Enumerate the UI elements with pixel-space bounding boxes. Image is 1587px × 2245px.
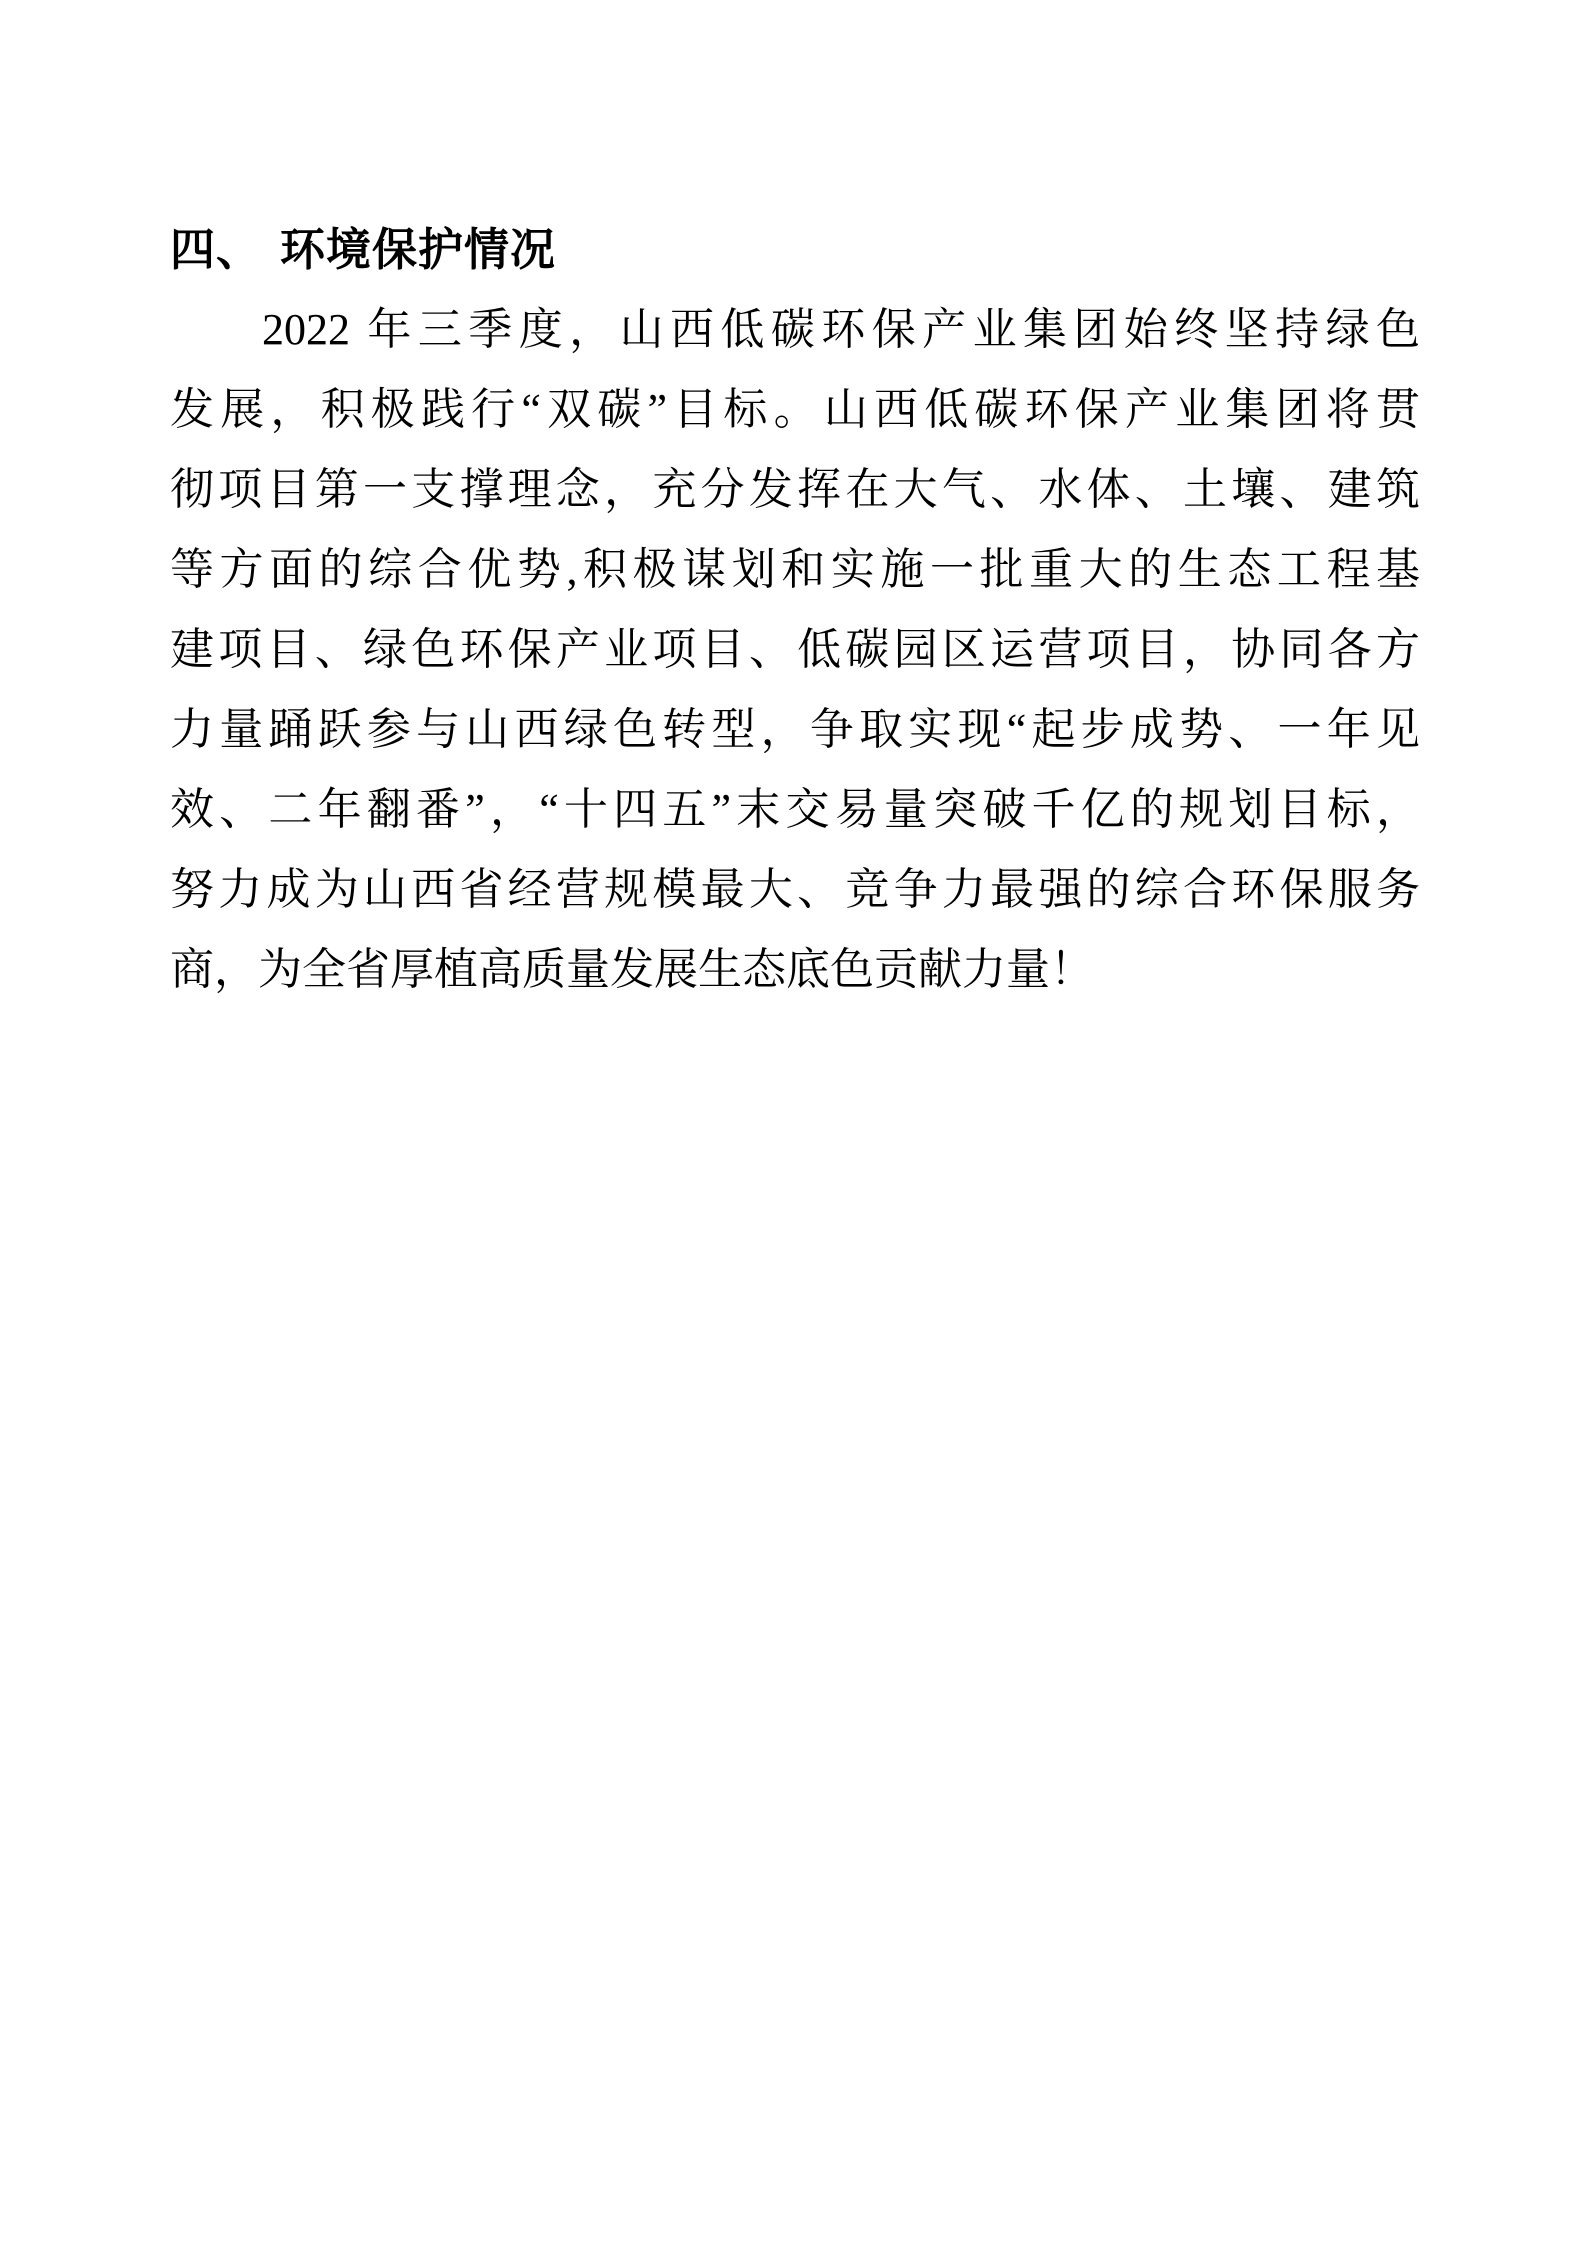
text-line: 发展，积极践行“双碳”目标。山西低碳环保产业集团将贯 [170,370,1420,450]
text-line: 等方面的综合优势,积极谋划和实施一批重大的生态工程基 [170,530,1420,610]
text-line: 力量踊跃参与山西绿色转型，争取实现“起步成势、一年见 [170,690,1420,770]
text-line: 彻项目第一支撑理念，充分发挥在大气、水体、土壤、建筑 [170,450,1420,530]
document-page: 四、环境保护情况 2022 年三季度，山西低碳环保产业集团始终坚持绿色 发展，积… [0,0,1587,2245]
text-line: 商，为全省厚植高质量发展生态底色贡献力量！ [170,930,1420,1010]
text-line: 2022 年三季度，山西低碳环保产业集团始终坚持绿色 [170,290,1420,370]
section-number: 四、 [170,224,262,275]
section-heading: 四、环境保护情况 [170,210,1420,290]
section-title: 环境保护情况 [280,224,556,275]
text-line: 努力成为山西省经营规模最大、竞争力最强的综合环保服务 [170,850,1420,930]
text-line: 效、二年翻番”，“十四五”末交易量突破千亿的规划目标， [170,770,1420,850]
text-line: 建项目、绿色环保产业项目、低碳园区运营项目，协同各方 [170,610,1420,690]
body-paragraph: 2022 年三季度，山西低碳环保产业集团始终坚持绿色 发展，积极践行“双碳”目标… [170,290,1420,1010]
